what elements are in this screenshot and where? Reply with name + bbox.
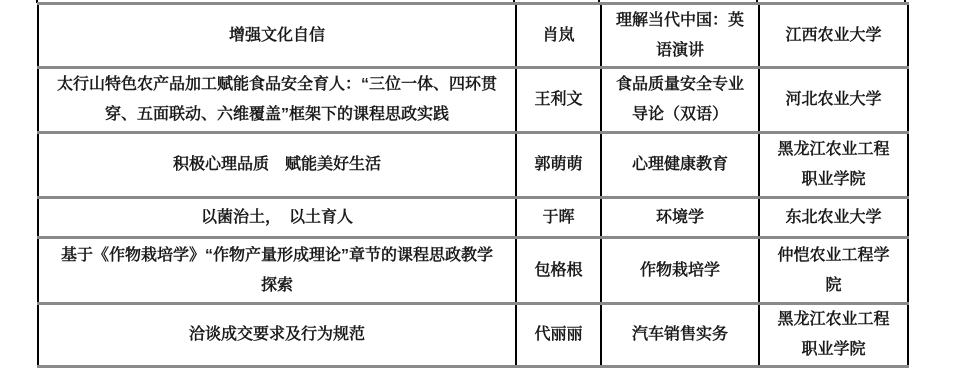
lecture-title-cell: 基于《作物栽培学》“作物产量形成理论”章节的课程思政教学探索 xyxy=(38,238,516,304)
course-name-cell: 环境学 xyxy=(601,198,759,238)
teacher-name-cell: 包格根 xyxy=(516,238,601,304)
table-row: 积极心理品质 赋能美好生活 郭萌萌 心理健康教育 黑龙江农业工程职业学院 xyxy=(38,133,908,198)
university-cell: 河北农业大学 xyxy=(759,68,908,133)
table-row: 洽谈成交要求及行为规范 代丽丽 汽车销售实务 黑龙江农业工程职业学院 xyxy=(38,304,908,367)
university-cell: 江西农业大学 xyxy=(759,4,908,68)
teacher-name-cell: 王利文 xyxy=(516,68,601,133)
lecture-title-cell: 洽谈成交要求及行为规范 xyxy=(38,304,516,367)
course-name-cell: 作物栽培学 xyxy=(601,238,759,304)
teacher-name-cell: 肖岚 xyxy=(516,4,601,68)
teacher-name-cell: 于晖 xyxy=(516,198,601,238)
lecture-title-cell: 太行山特色农产品加工赋能食品安全育人：“三位一体、四环贯穿、五面联动、六维覆盖”… xyxy=(38,68,516,133)
university-cell: 黑龙江农业工程职业学院 xyxy=(759,304,908,367)
teacher-name-cell: 郭萌萌 xyxy=(516,133,601,198)
lecture-title-cell: 积极心理品质 赋能美好生活 xyxy=(38,133,516,198)
course-name-cell: 心理健康教育 xyxy=(601,133,759,198)
teacher-name-cell: 代丽丽 xyxy=(516,304,601,367)
lecture-title-cell: 增强文化自信 xyxy=(38,4,516,68)
university-cell: 黑龙江农业工程职业学院 xyxy=(759,133,908,198)
university-cell: 东北农业大学 xyxy=(759,198,908,238)
table-row: 基于《作物栽培学》“作物产量形成理论”章节的课程思政教学探索 包格根 作物栽培学… xyxy=(38,238,908,304)
lecture-title-cell: 以菌治土， 以土育人 xyxy=(38,198,516,238)
table-row: 增强文化自信 肖岚 理解当代中国：英语演讲 江西农业大学 xyxy=(38,4,908,68)
course-case-table: 增强文化自信 肖岚 理解当代中国：英语演讲 江西农业大学 太行山特色农产品加工赋… xyxy=(37,2,909,368)
table-row: 太行山特色农产品加工赋能食品安全育人：“三位一体、四环贯穿、五面联动、六维覆盖”… xyxy=(38,68,908,133)
course-name-cell: 理解当代中国：英语演讲 xyxy=(601,4,759,68)
university-cell: 仲恺农业工程学院 xyxy=(759,238,908,304)
page: 增强文化自信 肖岚 理解当代中国：英语演讲 江西农业大学 太行山特色农产品加工赋… xyxy=(0,0,958,368)
table-row: 以菌治土， 以土育人 于晖 环境学 东北农业大学 xyxy=(38,198,908,238)
course-name-cell: 汽车销售实务 xyxy=(601,304,759,367)
course-name-cell: 食品质量安全专业导论（双语） xyxy=(601,68,759,133)
